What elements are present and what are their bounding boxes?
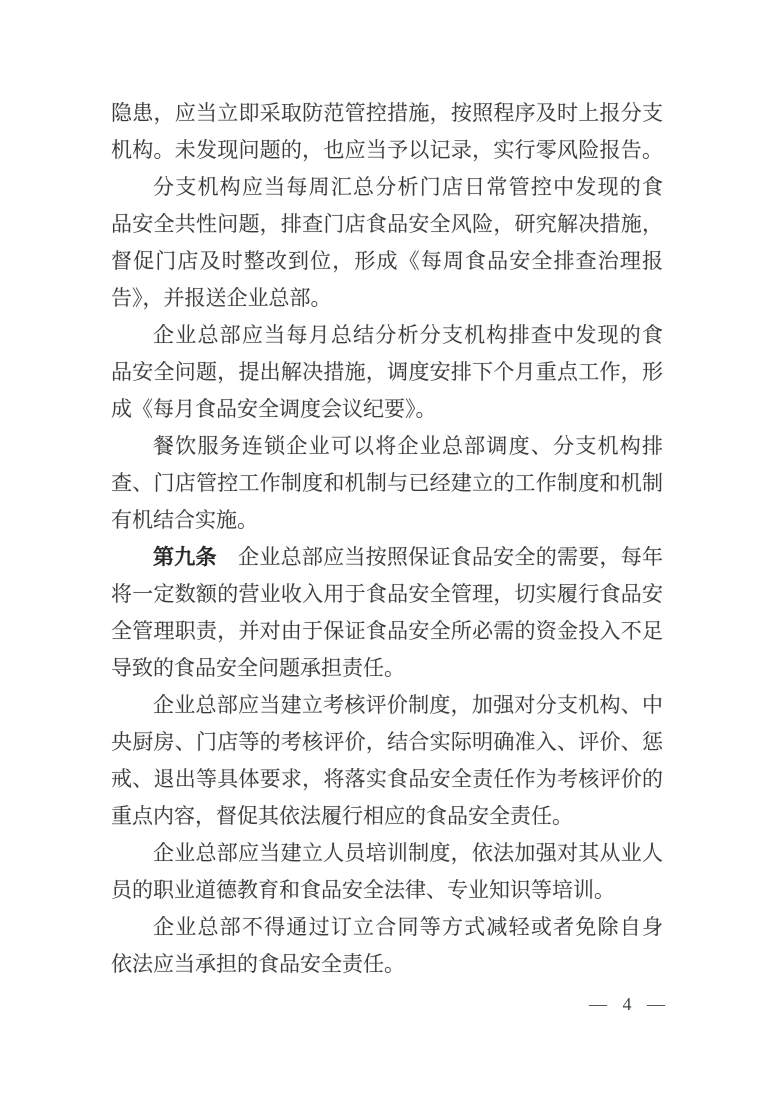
text-line: 将一定数额的营业收入用于食品安全管理，切实履行食品安 <box>111 576 663 613</box>
document-body: 隐患，应当立即采取防范管控措施，按照程序及时上报分支 机构。未发现问题的，也应当… <box>111 95 663 983</box>
text-line: 查、门店管控工作制度和机制与已经建立的工作制度和机制 <box>111 465 663 502</box>
text-line: 导致的食品安全问题承担责任。 <box>111 650 663 687</box>
text-line: 戒、退出等具体要求，将落实食品安全责任作为考核评价的 <box>111 761 663 798</box>
text-line: 有机结合实施。 <box>111 502 663 539</box>
text-line: 企业总部应当建立人员培训制度，依法加强对其从业人 <box>111 835 663 872</box>
article-lead-text: 企业总部应当按照保证食品安全的需要，每年 <box>217 545 663 569</box>
text-line: 分支机构应当每周汇总分析门店日常管控中发现的食 <box>111 169 663 206</box>
text-line: 依法应当承担的食品安全责任。 <box>111 946 663 983</box>
text-line: 企业总部不得通过订立合同等方式减轻或者免除自身 <box>111 909 663 946</box>
text-line: 隐患，应当立即采取防范管控措施，按照程序及时上报分支 <box>111 95 663 132</box>
document-page: 隐患，应当立即采取防范管控措施，按照程序及时上报分支 机构。未发现问题的，也应当… <box>0 0 770 1093</box>
text-line: 成《每月食品安全调度会议纪要》。 <box>111 391 663 428</box>
text-line: 全管理职责，并对由于保证食品安全所必需的资金投入不足 <box>111 613 663 650</box>
text-line: 员的职业道德教育和食品安全法律、专业知识等培训。 <box>111 872 663 909</box>
text-line: 企业总部应当每月总结分析分支机构排查中发现的食 <box>111 317 663 354</box>
text-line: 督促门店及时整改到位，形成《每周食品安全排查治理报 <box>111 243 663 280</box>
article-number: 第九条 <box>153 546 217 569</box>
text-line: 品安全共性问题，排查门店食品安全风险，研究解决措施， <box>111 206 663 243</box>
text-line: 告》，并报送企业总部。 <box>111 280 663 317</box>
text-line: 央厨房、门店等的考核评价，结合实际明确准入、评价、惩 <box>111 724 663 761</box>
text-line-article-9: 第九条 企业总部应当按照保证食品安全的需要，每年 <box>111 539 663 576</box>
text-line: 餐饮服务连锁企业可以将企业总部调度、分支机构排 <box>111 428 663 465</box>
text-line: 企业总部应当建立考核评价制度，加强对分支机构、中 <box>111 687 663 724</box>
page-number: — 4 — <box>589 994 666 1014</box>
text-line: 品安全问题，提出解决措施，调度安排下个月重点工作，形 <box>111 354 663 391</box>
text-line: 机构。未发现问题的，也应当予以记录，实行零风险报告。 <box>111 132 663 169</box>
text-line: 重点内容，督促其依法履行相应的食品安全责任。 <box>111 798 663 835</box>
